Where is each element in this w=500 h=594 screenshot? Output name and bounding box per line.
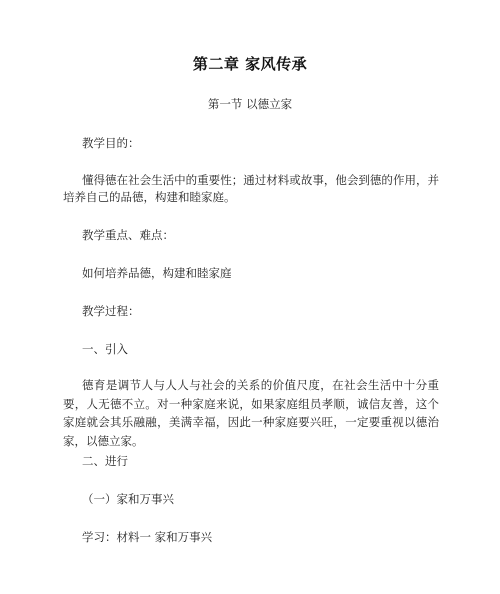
key-points-text: 如何培养品德，构建和睦家庭	[82, 265, 232, 281]
section-title: 第一节 以德立家	[0, 96, 500, 112]
subsection-heading: （一）家和万事兴	[82, 491, 174, 507]
study-material-line: 学习：材料一 家和万事兴	[82, 529, 212, 545]
introduction-paragraph: 德育是调节人与人人与社会的关系的价值尺度，在社会生活中十分重要，人无德不立。对一…	[63, 376, 439, 450]
introduction-heading: 一、引入	[82, 341, 128, 357]
key-points-heading: 教学重点、难点：	[82, 227, 174, 243]
document-page: 第二章 家风传承 第一节 以德立家 教学目的： 懂得德在社会生活中的重要性；通过…	[0, 0, 500, 594]
proceed-heading: 二、进行	[82, 453, 128, 469]
teaching-objective-heading: 教学目的：	[82, 135, 140, 151]
chapter-title: 第二章 家风传承	[0, 53, 500, 74]
teaching-objective-paragraph: 懂得德在社会生活中的重要性；通过材料或故事，他会到德的作用，并培养自己的品德，构…	[63, 172, 439, 205]
teaching-process-heading: 教学过程：	[82, 303, 140, 319]
